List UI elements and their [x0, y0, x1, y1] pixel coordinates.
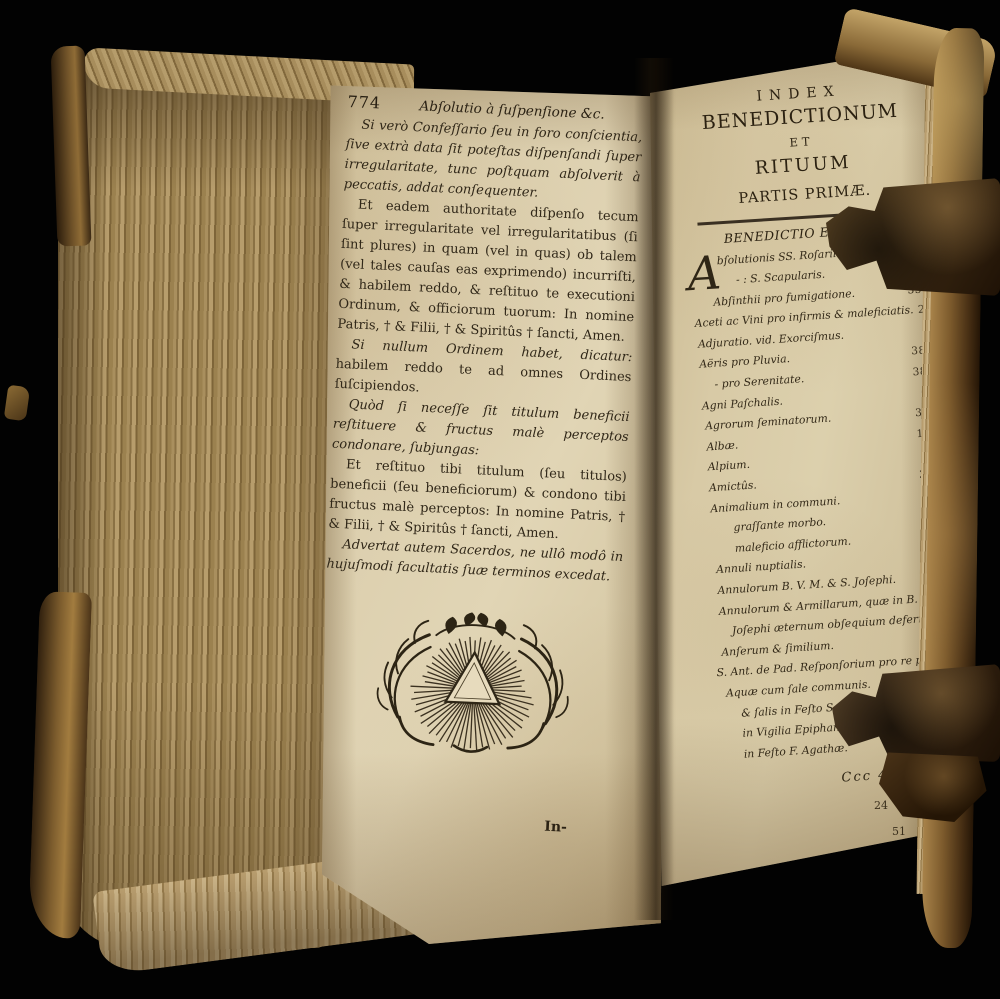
catchword: Aquæ [868, 848, 902, 862]
page-number: 774 [347, 92, 381, 113]
left-page-text-block: 774 Abſolutio à ſuſpenſione &c. Si verò … [315, 92, 644, 838]
spine-gutter-shadow [634, 58, 674, 920]
radiant-triangle-wreath-icon [370, 607, 577, 768]
woodcut-ornament [370, 607, 621, 770]
clasp-tongue [879, 752, 987, 822]
corner-page-number: 51 [892, 825, 906, 838]
photo-of-open-antique-book: 774 Abſolutio à ſuſpenſione &c. Si verò … [0, 0, 1000, 999]
paragraph: Et eadem authoritate diſpenſo tecum ſupe… [337, 195, 639, 348]
leather-clasp-top [826, 178, 1000, 296]
clasp-strap [832, 664, 1000, 762]
catchword: In- [315, 808, 611, 837]
paragraph: Si verò Confeſſario ſeu in foro conſcien… [343, 115, 642, 208]
page-block-fore-edge [58, 66, 340, 948]
clasp-strap [826, 178, 1000, 296]
paragraph: Et reſtituo tibi titulum (ſeu titulos) b… [328, 455, 627, 548]
leather-clasp-bottom [832, 664, 1000, 822]
clasp-catch-pin [4, 385, 31, 422]
left-board-edge-top [51, 45, 92, 246]
drop-cap: A [686, 250, 722, 296]
left-page: 774 Abſolutio à ſuſpenſione &c. Si verò … [322, 76, 667, 944]
